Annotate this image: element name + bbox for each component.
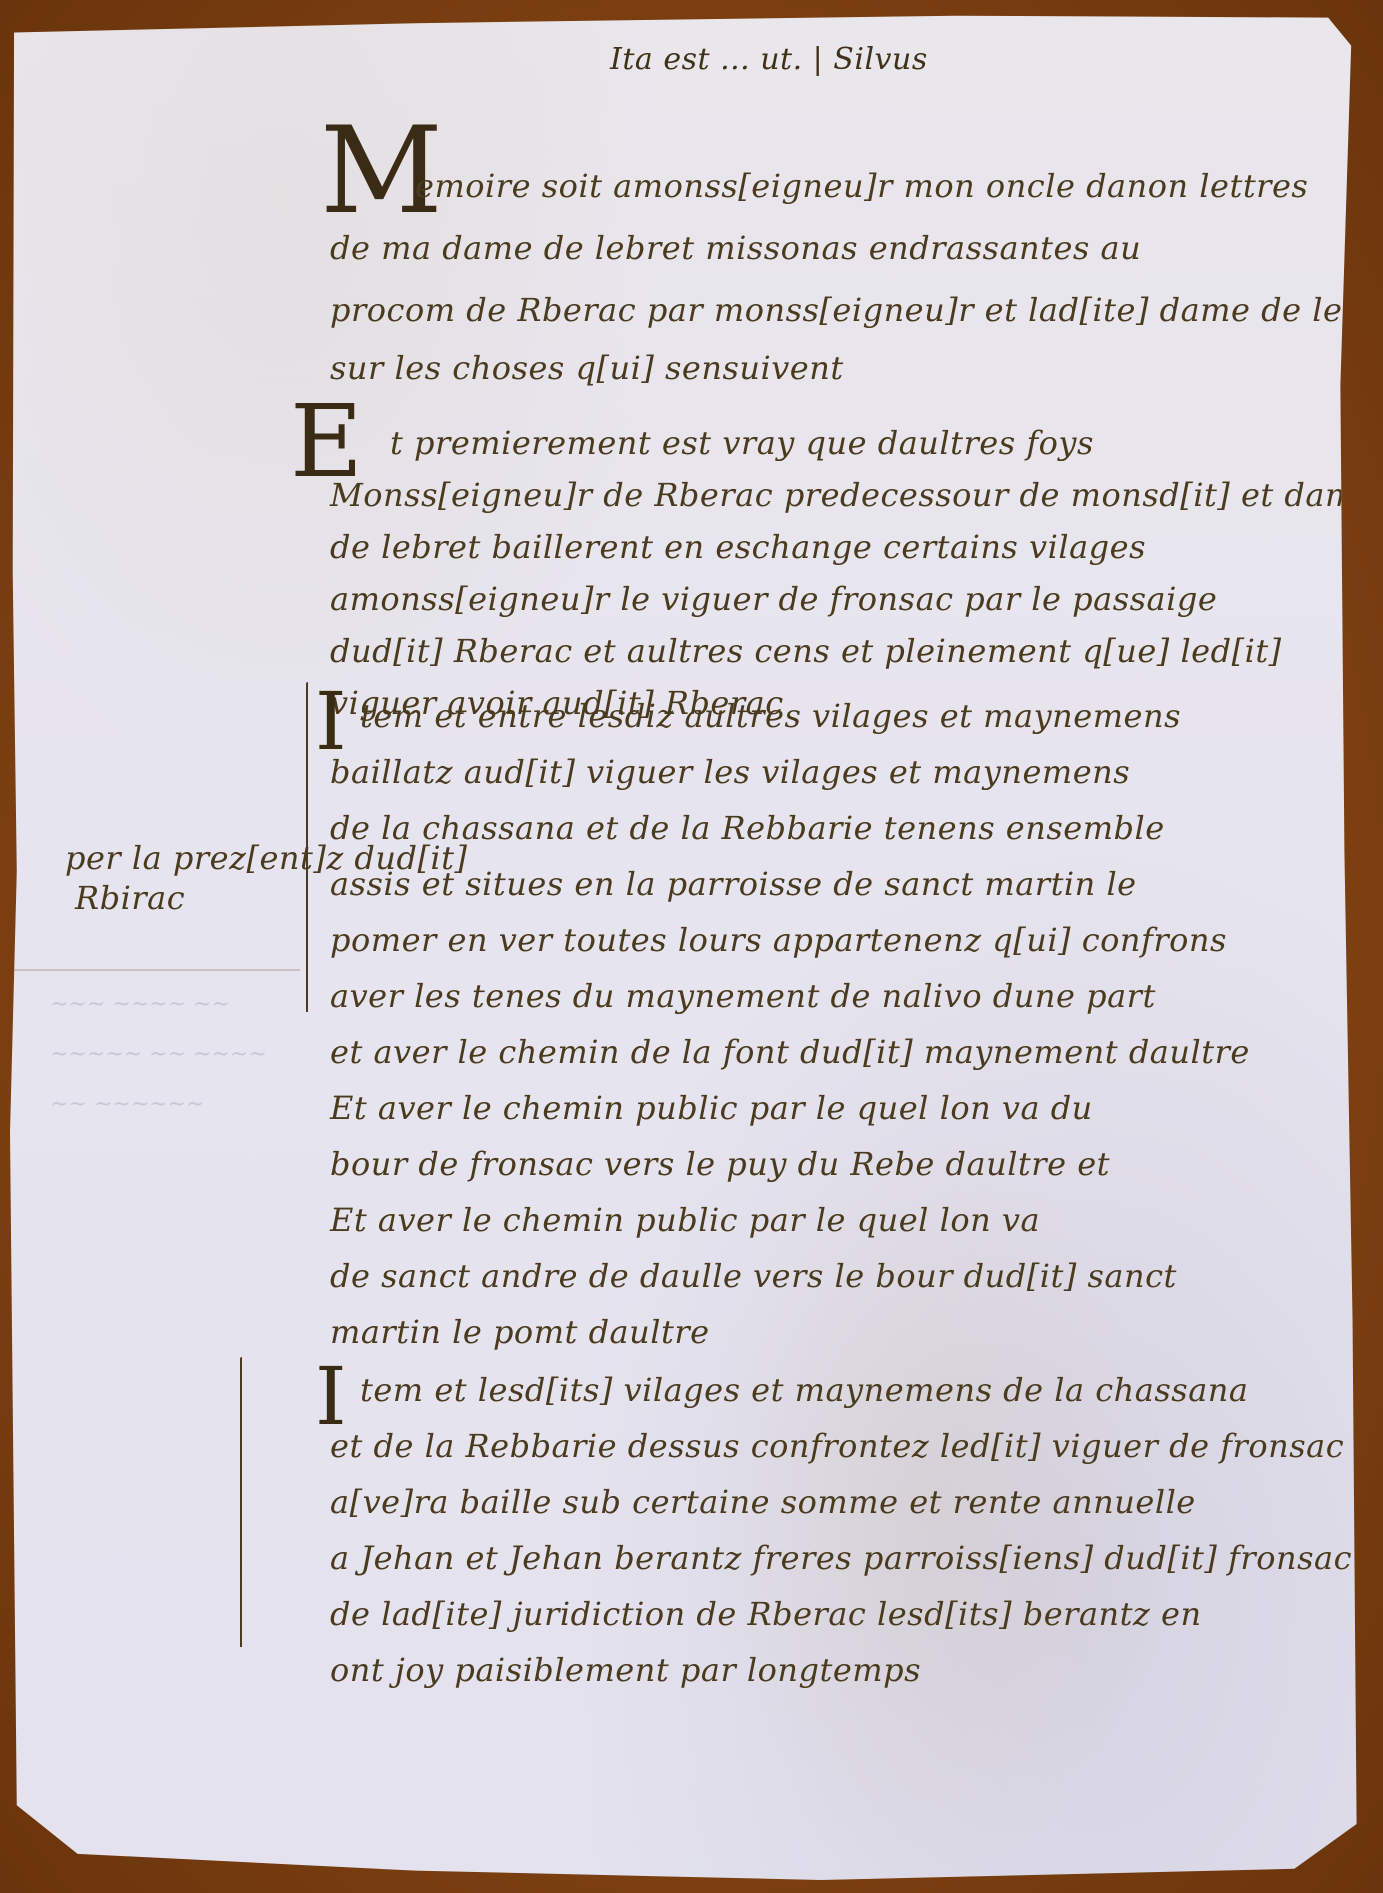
text-line: assis et situes en la parroisse de sanct… <box>330 868 1137 900</box>
text-line: a[ve]ra baille sub certaine somme et ren… <box>330 1486 1196 1518</box>
text-line: de ma dame de lebret missonas endrassant… <box>330 232 1141 264</box>
drop-cap-initial: I <box>315 1357 347 1437</box>
text-line: amonss[eigneu]r le viguer de fronsac par… <box>330 583 1217 615</box>
bleed-through-text: ~~ ~~~~~~ <box>50 1092 204 1117</box>
text-line: bour de fronsac vers le puy du Rebe daul… <box>330 1148 1110 1180</box>
text-line: de sanct andre de daulle vers le bour du… <box>330 1260 1177 1292</box>
text-line: dud[it] Rberac et aultres cens et pleine… <box>330 635 1282 667</box>
text-line: tem et entre lesdiz aultres vilages et m… <box>360 700 1181 732</box>
text-line: de lad[ite] juridiction de Rberac lesd[i… <box>330 1598 1202 1630</box>
text-line: aver les tenes du maynement de nalivo du… <box>330 980 1156 1012</box>
text-line: pomer en ver toutes lours appartenenz q[… <box>330 924 1227 956</box>
text-line: t premierement est vray que daultres foy… <box>390 427 1094 459</box>
text-line: martin le pomt daultre <box>330 1316 710 1348</box>
text-line: Et aver le chemin public par le quel lon… <box>330 1092 1093 1124</box>
drop-cap-initial: I <box>315 682 347 762</box>
text-line: de lebret baillerent en eschange certain… <box>330 531 1146 563</box>
text-line: tem et lesd[its] vilages et maynemens de… <box>360 1374 1248 1406</box>
document-heading: Ita est ... ut. | Silvus <box>610 42 928 77</box>
paragraph-bracket <box>240 1357 242 1647</box>
page-fold-line <box>10 969 300 971</box>
text-line: Monss[eigneu]r de Rberac predecessour de… <box>330 479 1375 511</box>
text-line: et de la Rebbarie dessus confrontez led[… <box>330 1430 1344 1462</box>
paragraph-bracket <box>306 682 308 1012</box>
text-line: emoire soit amonss[eigneu]r mon oncle da… <box>415 170 1308 202</box>
text-line: procom de Rberac par monss[eigneu]r et l… <box>330 294 1383 326</box>
text-line: a Jehan et Jehan berantz freres parroiss… <box>330 1542 1352 1574</box>
bleed-through-text: ~~~ ~~~~ ~~ <box>50 992 230 1017</box>
text-line: sur les choses q[ui] sensuivent <box>330 352 844 384</box>
text-line: et aver le chemin de la font dud[it] may… <box>330 1036 1250 1068</box>
text-line: de la chassana et de la Rebbarie tenens … <box>330 812 1165 844</box>
bleed-through-text: ~~~~~ ~~ ~~~~ <box>50 1042 267 1067</box>
text-line: baillatz aud[it] viguer les vilages et m… <box>330 756 1130 788</box>
text-line: ont joy paisiblement par longtemps <box>330 1654 921 1686</box>
manuscript-page: ~~~ ~~~~ ~~ ~~~~~ ~~ ~~~~ ~~ ~~~~~~ Ita … <box>10 12 1362 1880</box>
text-line: Et aver le chemin public par le quel lon… <box>330 1204 1040 1236</box>
